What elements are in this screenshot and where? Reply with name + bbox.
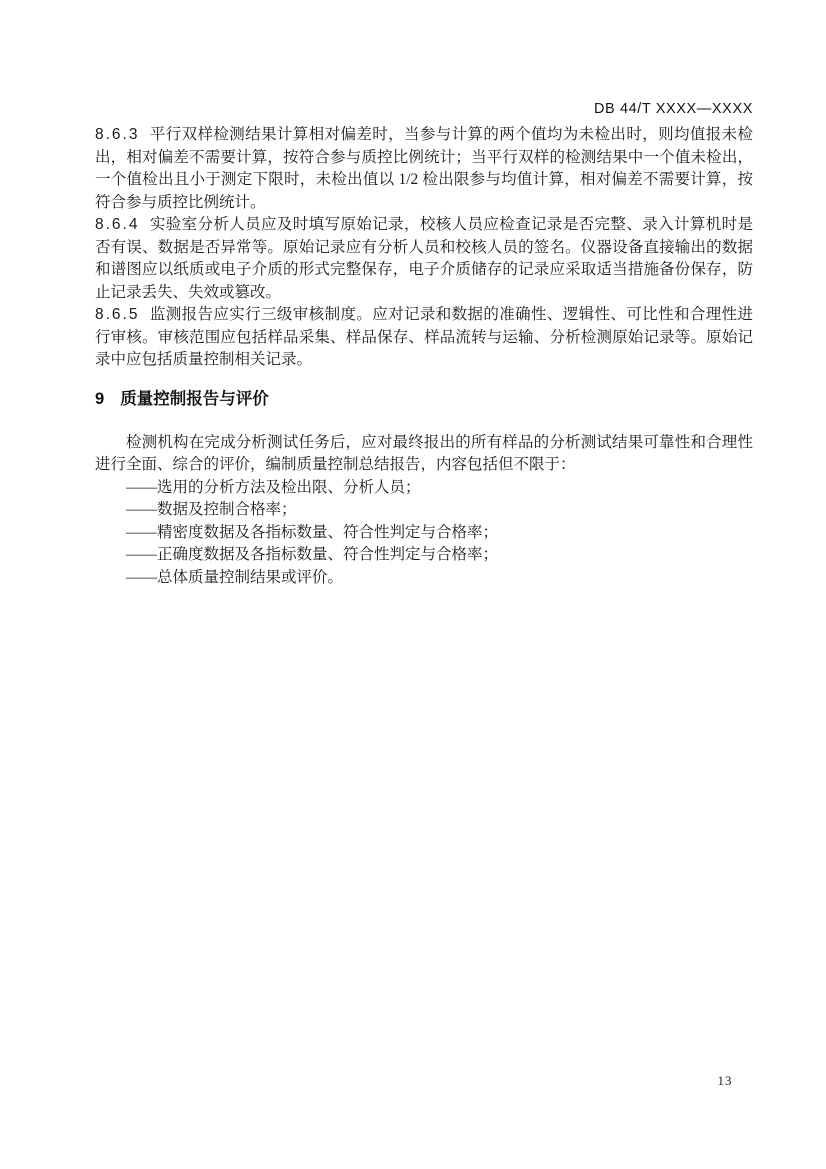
dash-list-item: ——精密度数据及各指标数量、符合性判定与合格率； [95,522,753,545]
dash-list-item: ——数据及控制合格率； [95,499,753,522]
dash-list-item: ——正确度数据及各指标数量、符合性判定与合格率； [95,544,753,567]
chapter-9-heading: 9质量控制报告与评价 [95,386,753,412]
document-page: DB 44/T XXXX—XXXX 8.6.3平行双样检测结果计算相对偏差时，当… [0,0,826,1169]
clause-8-6-5: 8.6.5监测报告应实行三级审核制度。应对记录和数据的准确性、逻辑性、可比性和合… [95,304,753,372]
document-code-header: DB 44/T XXXX—XXXX [594,101,753,117]
chapter-number: 9 [95,390,104,408]
clause-text: 实验室分析人员应及时填写原始记录，校核人员应检查记录是否完整、录入计算机时是否有… [95,216,753,301]
chapter-intro-paragraph: 检测机构在完成分析测试任务后，应对最终报出的所有样品的分析测试结果可靠性和合理性… [95,432,753,477]
chapter-title: 质量控制报告与评价 [120,390,269,408]
clause-8-6-4: 8.6.4实验室分析人员应及时填写原始记录，校核人员应检查记录是否完整、录入计算… [95,214,753,304]
page-number: 13 [708,1073,742,1089]
document-body: 8.6.3平行双样检测结果计算相对偏差时，当参与计算的两个值均为未检出时，则均值… [95,124,753,589]
clause-text: 平行双样检测结果计算相对偏差时，当参与计算的两个值均为未检出时，则均值报未检出，… [95,126,753,211]
dash-list-item: ——选用的分析方法及检出限、分析人员； [95,477,753,500]
clause-8-6-3: 8.6.3平行双样检测结果计算相对偏差时，当参与计算的两个值均为未检出时，则均值… [95,124,753,214]
clause-number: 8.6.5 [95,306,139,323]
clause-number: 8.6.4 [95,216,139,233]
dash-list-item: ——总体质量控制结果或评价。 [95,567,753,590]
clause-text: 监测报告应实行三级审核制度。应对记录和数据的准确性、逻辑性、可比性和合理性进行审… [95,306,753,368]
clause-number: 8.6.3 [95,126,139,143]
